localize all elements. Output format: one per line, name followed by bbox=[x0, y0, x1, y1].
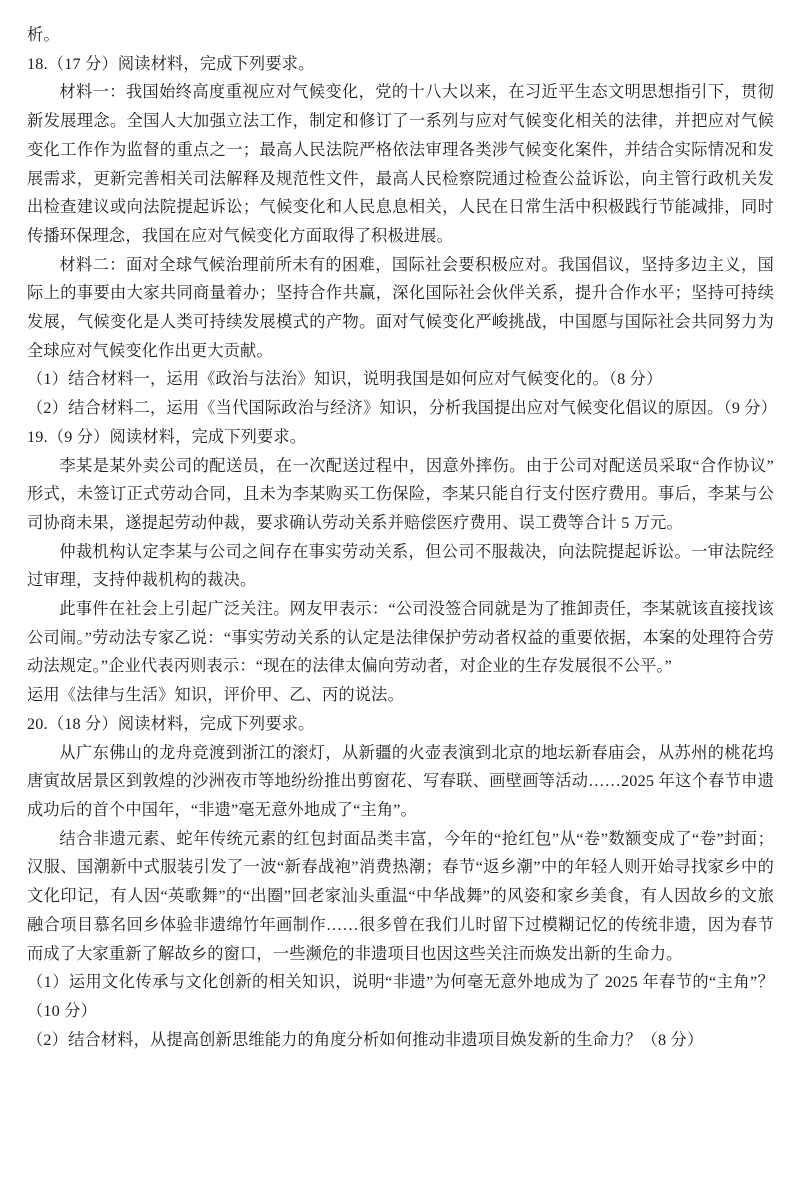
question-18-part-1: （1）结合材料一，运用《政治与法治》知识，说明我国是如何应对气候变化的。（8 分… bbox=[27, 365, 774, 394]
question-20-material-paragraph-1: 从广东佛山的龙舟竞渡到浙江的滚灯，从新疆的火壶表演到北京的地坛新春庙会，从苏州的… bbox=[27, 739, 774, 825]
question-20-part-1: （1）运用文化传承与文化创新的相关知识，说明“非遗”为何毫无意外地成为了 202… bbox=[27, 968, 774, 1025]
question-18-material-one: 材料一：我国始终高度重视应对气候变化，党的十八大以来，在习近平生态文明思想指引下… bbox=[27, 78, 774, 250]
question-20-material-paragraph-2: 结合非遗元素、蛇年传统元素的红包封面品类丰富，今年的“抢红包”从“卷”数额变成了… bbox=[27, 825, 774, 969]
question-19-case-paragraph-1: 李某是某外卖公司的配送员，在一次配送过程中，因意外摔伤。由于公司对配送员采取“合… bbox=[27, 452, 774, 538]
question-19-case-paragraph-2: 仲裁机构认定李某与公司之间存在事实劳动关系，但公司不服裁决，向法院提起诉讼。一审… bbox=[27, 538, 774, 595]
question-19-header: 19.（9 分）阅读材料，完成下列要求。 bbox=[27, 423, 774, 452]
question-19-task: 运用《法律与生活》知识，评价甲、乙、丙的说法。 bbox=[27, 681, 774, 710]
question-18-part-2: （2）结合材料二，运用《当代国际政治与经济》知识，分析我国提出应对气候变化倡议的… bbox=[27, 394, 774, 423]
exam-paper-page: 析。 18.（17 分）阅读材料，完成下列要求。 材料一：我国始终高度重视应对气… bbox=[0, 0, 800, 1190]
question-18-material-two: 材料二：面对全球气候治理前所未有的困难，国际社会要积极应对。我国倡议，坚持多边主… bbox=[27, 251, 774, 366]
question-19-opinions-paragraph: 此事件在社会上引起广泛关注。网友甲表示：“公司没签合同就是为了推卸责任，李某就该… bbox=[27, 595, 774, 681]
question-20-part-2: （2）结合材料，从提高创新思维能力的角度分析如何推动非遗项目焕发新的生命力？（8… bbox=[27, 1026, 774, 1055]
continuation-text: 析。 bbox=[27, 21, 774, 50]
question-20-header: 20.（18 分）阅读材料，完成下列要求。 bbox=[27, 710, 774, 739]
question-18-header: 18.（17 分）阅读材料，完成下列要求。 bbox=[27, 50, 774, 79]
